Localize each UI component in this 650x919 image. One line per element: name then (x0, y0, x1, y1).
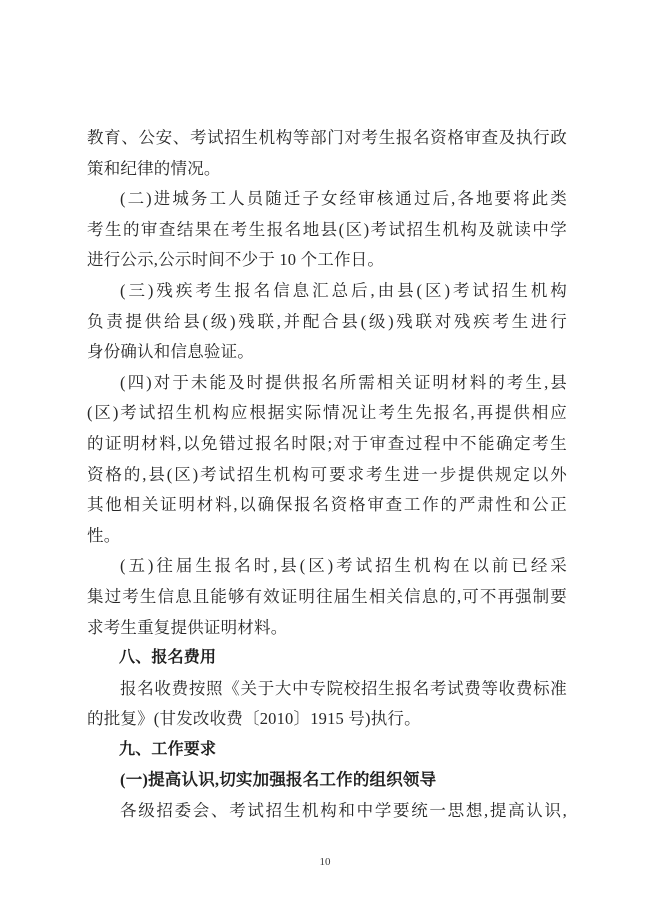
document-page: 教育、公安、考试招生机构等部门对考生报名资格审查及执行政 策和纪律的情况。 (二… (0, 0, 650, 919)
text-line: 其他相关证明材料,以确保报名资格审查工作的严肃性和公正 (87, 490, 567, 521)
text-line: 负责提供给县(级)残联,并配合县(级)残联对残疾考生进行 (87, 307, 567, 338)
section-heading-work: 九、工作要求 (87, 735, 567, 766)
subsection-heading: (一)提高认识,切实加强报名工作的组织领导 (87, 765, 567, 796)
text-line: 策和纪律的情况。 (87, 154, 567, 185)
text-line: 集过考生信息且能够有效证明往届生相关信息的,可不再强制要 (87, 582, 567, 613)
text-line: 求考生重复提供证明材料。 (87, 613, 567, 644)
text-line: 的批复》(甘发改收费〔2010〕1915 号)执行。 (87, 704, 567, 735)
text-line: 报名收费按照《关于大中专院校招生报名考试费等收费标准 (87, 674, 567, 705)
text-line: 身份确认和信息验证。 (87, 337, 567, 368)
text-line: 的证明材料,以免错过报名时限;对于审查过程中不能确定考生 (87, 429, 567, 460)
text-line: 性。 (87, 521, 567, 552)
text-line: 资格的,县(区)考试招生机构可要求考生进一步提供规定以外 (87, 460, 567, 491)
text-line: 教育、公安、考试招生机构等部门对考生报名资格审查及执行政 (87, 123, 567, 154)
text-line: (区)考试招生机构应根据实际情况让考生先报名,再提供相应 (87, 398, 567, 429)
document-text-block: 教育、公安、考试招生机构等部门对考生报名资格审查及执行政 策和纪律的情况。 (二… (87, 123, 567, 827)
text-line: (二)进城务工人员随迁子女经审核通过后,各地要将此类 (87, 184, 567, 215)
text-line: 各级招委会、考试招生机构和中学要统一思想,提高认识, (87, 796, 567, 827)
text-line: (三)残疾考生报名信息汇总后,由县(区)考试招生机构 (87, 276, 567, 307)
page-number: 10 (0, 854, 650, 870)
text-line: (五)往届生报名时,县(区)考试招生机构在以前已经采 (87, 551, 567, 582)
section-heading-fees: 八、报名费用 (87, 643, 567, 674)
text-line: 进行公示,公示时间不少于 10 个工作日。 (87, 245, 567, 276)
text-line: (四)对于未能及时提供报名所需相关证明材料的考生,县 (87, 368, 567, 399)
text-line: 考生的审查结果在考生报名地县(区)考试招生机构及就读中学 (87, 215, 567, 246)
